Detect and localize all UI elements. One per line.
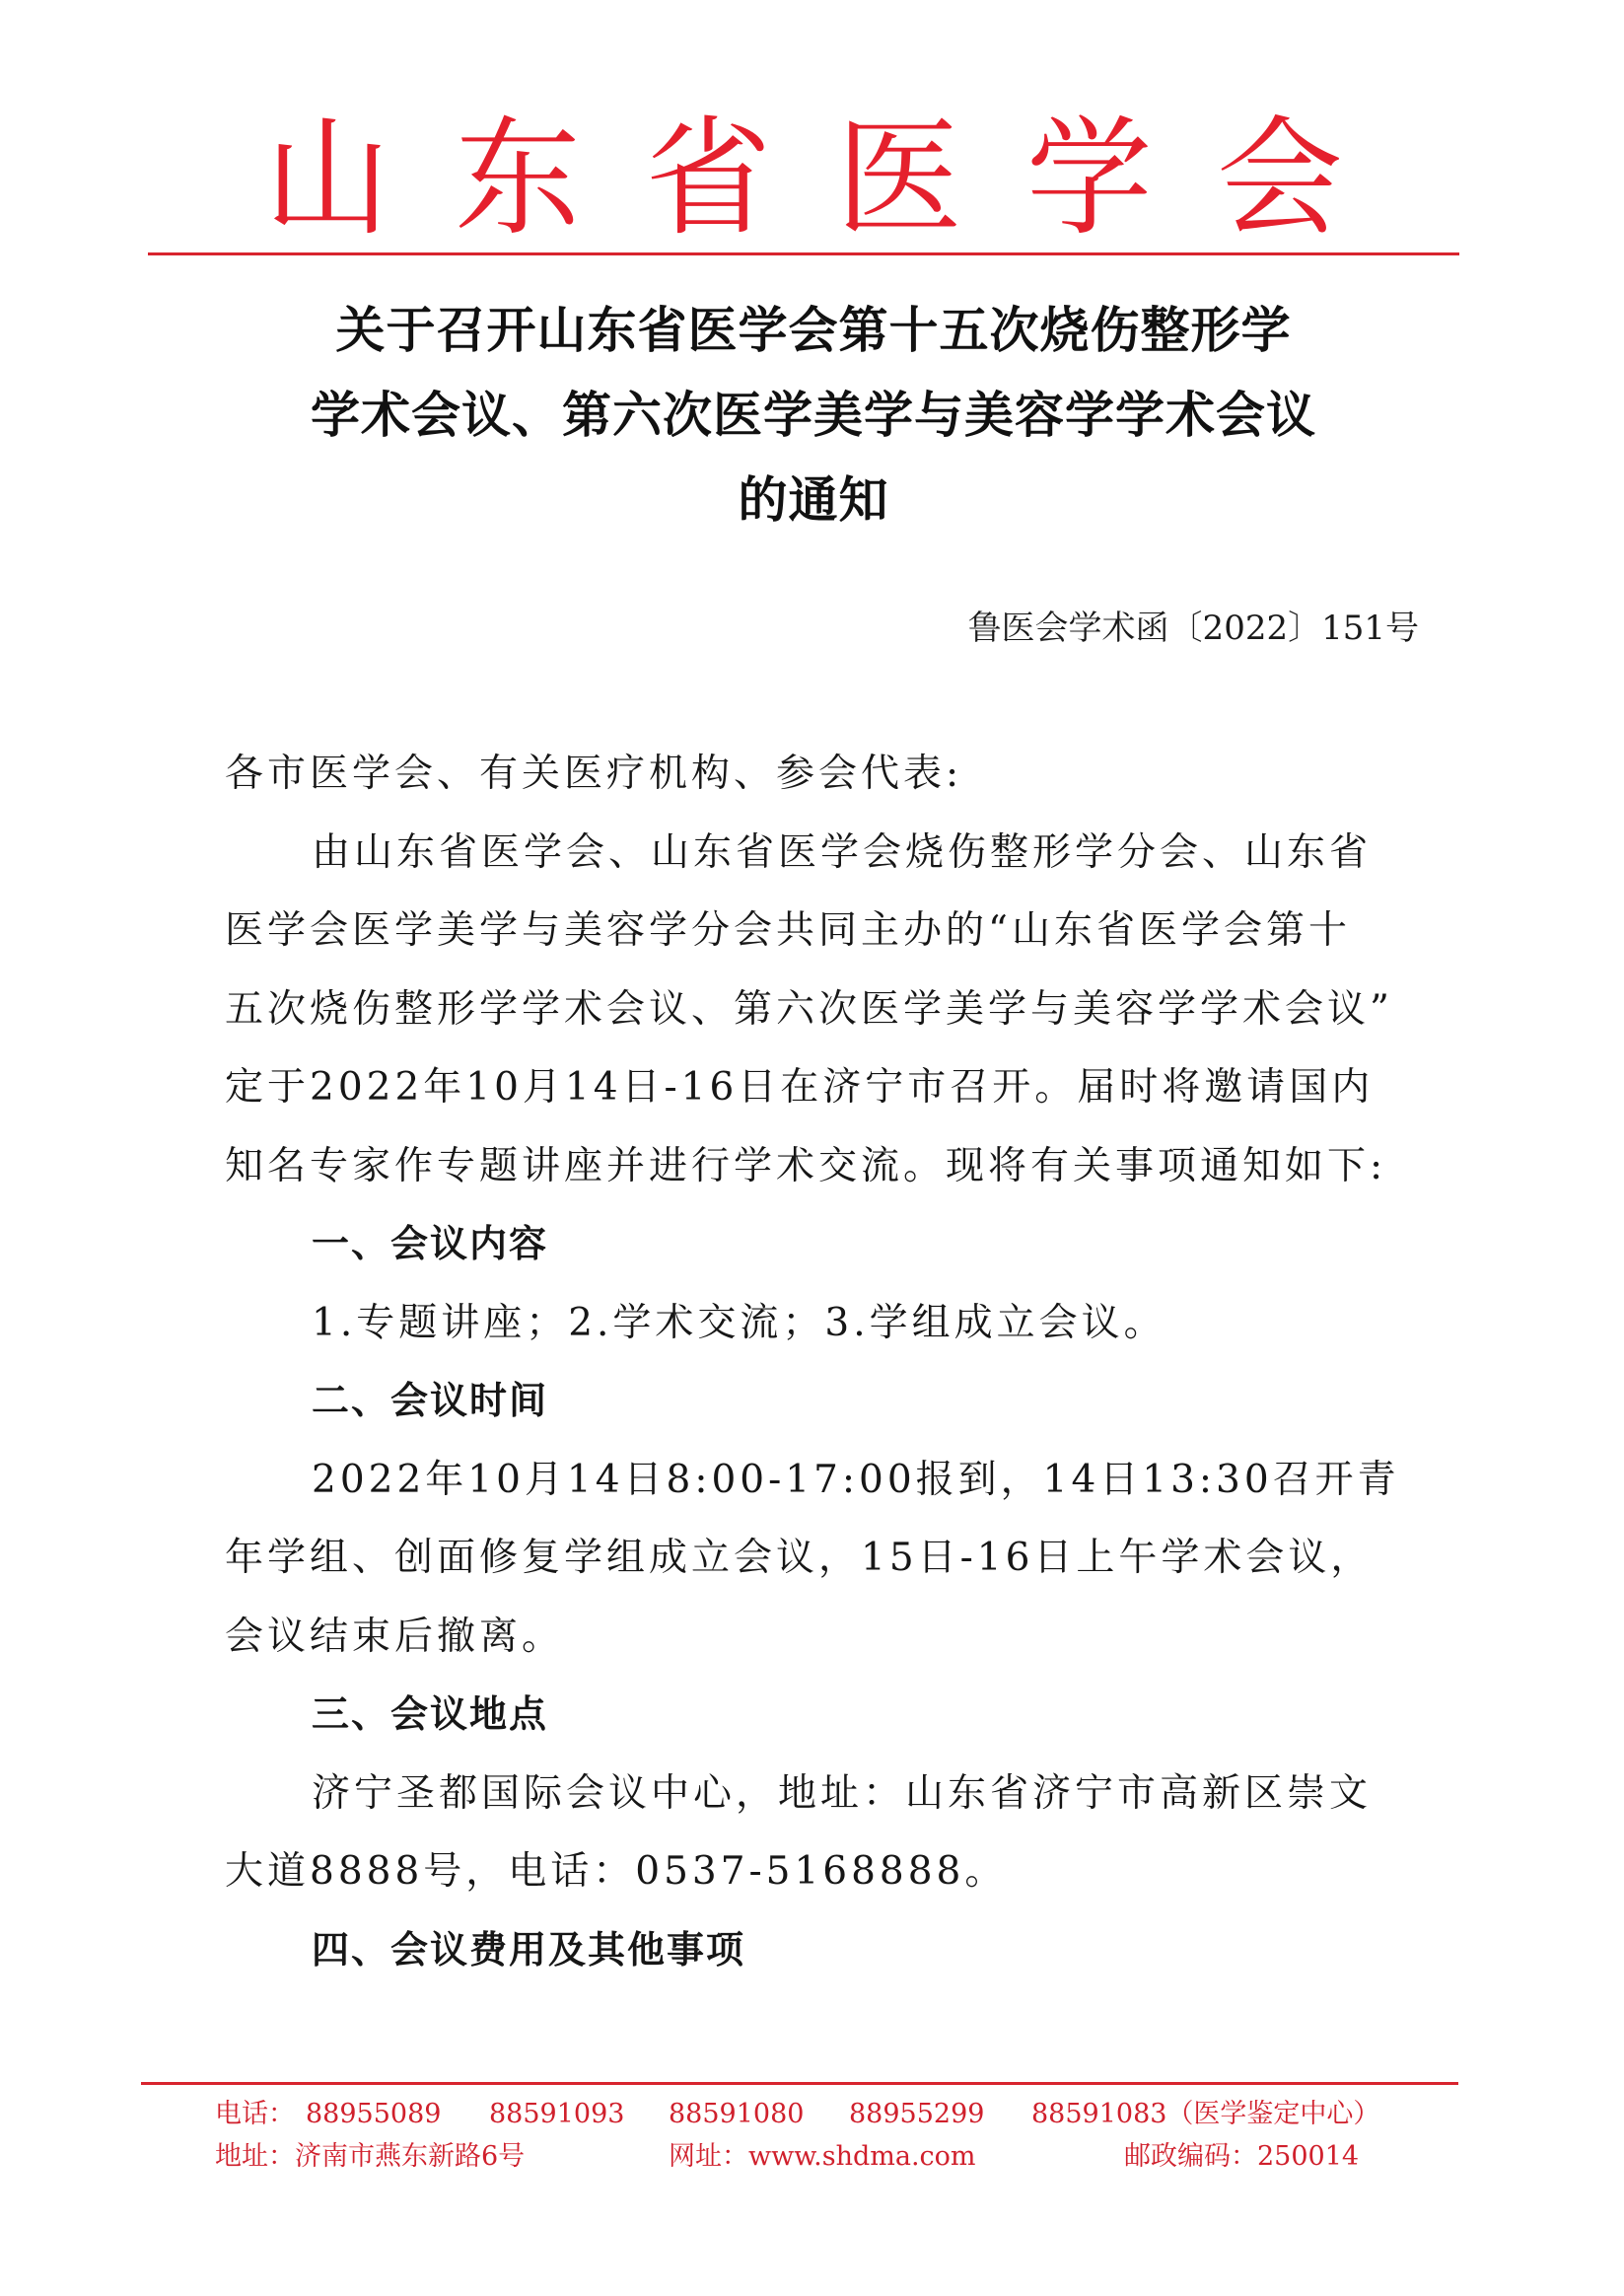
letterhead-char: 医 — [836, 109, 962, 251]
paragraph-line: 定于2022年10月14日-16日在济宁市召开。届时将邀请国内 — [225, 1048, 1424, 1127]
intro-paragraph: 由山东省医学会、山东省医学会烧伤整形学分会、山东省 医学会医学美学与美容学分会共… — [225, 814, 1424, 1206]
footer-phone: 88591093 — [489, 2093, 624, 2135]
footer-phone-row: 电话： 88955089 88591093 88591080 88955299 … — [215, 2093, 1438, 2135]
letterhead-char: 会 — [1217, 109, 1343, 251]
paragraph-line: 医学会医学美学与美容学分会共同主办的“山东省医学会第十 — [225, 892, 1424, 970]
section-time-paragraph: 2022年10月14日8:00-17:00报到，14日13:30召开青 年学组、… — [225, 1441, 1424, 1677]
footer-website: 网址：www.shdma.com — [669, 2135, 976, 2178]
paragraph-line: 1.专题讲座；2.学术交流；3.学组成立会议。 — [225, 1284, 1424, 1363]
document-number: 鲁医会学术函〔2022〕151号 — [968, 604, 1419, 653]
letterhead-char: 省 — [645, 109, 771, 251]
footer-phone: 88955089 — [306, 2093, 441, 2135]
document-page: 山 东 省 医 学 会 关于召开山东省医学会第十五次烧伤整形学 学术会议、第六次… — [0, 0, 1624, 2296]
footer-postcode: 邮政编码：250014 — [1124, 2135, 1359, 2178]
paragraph-line: 由山东省医学会、山东省医学会烧伤整形学分会、山东省 — [225, 814, 1424, 893]
paragraph-line: 济宁圣都国际会议中心，地址：山东省济宁市高新区崇文 — [225, 1755, 1424, 1833]
paragraph-line: 年学组、创面修复学组成立会议，15日-16日上午学术会议， — [225, 1519, 1424, 1598]
paragraph-line: 五次烧伤整形学学术会议、第六次医学美学与美容学学术会议” — [225, 970, 1424, 1049]
footer-phone: 88955299 — [849, 2093, 984, 2135]
paragraph-line: 知名专家作专题讲座并进行学术交流。现将有关事项通知如下: — [225, 1127, 1424, 1206]
section-heading-fees: 四、会议费用及其他事项 — [225, 1911, 1424, 1990]
paragraph-line: 2022年10月14日8:00-17:00报到，14日13:30召开青 — [225, 1441, 1424, 1520]
title-line: 关于召开山东省医学会第十五次烧伤整形学 — [197, 288, 1430, 373]
footer-address: 地址：济南市燕东新路6号 — [215, 2135, 525, 2178]
letterhead-org-name: 山 东 省 医 学 会 — [148, 110, 1459, 249]
salutation-text: 各市医学会、有关医疗机构、参会代表: — [225, 735, 1424, 814]
salutation: 各市医学会、有关医疗机构、参会代表: — [225, 735, 1424, 814]
letterhead-char: 山 — [264, 109, 390, 251]
section-venue-paragraph: 济宁圣都国际会议中心，地址：山东省济宁市高新区崇文 大道8888号，电话：053… — [225, 1755, 1424, 1911]
footer-phone: 88591083（医学鉴定中心） — [1031, 2093, 1379, 2135]
paragraph-line: 会议结束后撤离。 — [225, 1598, 1424, 1677]
footer-phone-label: 电话： — [215, 2093, 295, 2135]
section-content-paragraph: 1.专题讲座；2.学术交流；3.学组成立会议。 — [225, 1284, 1424, 1363]
title-line: 的通知 — [197, 458, 1430, 542]
letterhead-char: 学 — [1026, 109, 1153, 251]
footer-divider — [141, 2082, 1458, 2085]
letterhead-char: 东 — [455, 109, 581, 251]
title-line: 学术会议、第六次医学美学与美容学学术会议 — [197, 373, 1430, 458]
document-title: 关于召开山东省医学会第十五次烧伤整形学 学术会议、第六次医学美学与美容学学术会议… — [197, 288, 1430, 542]
section-heading-venue: 三、会议地点 — [225, 1676, 1424, 1755]
section-heading-content: 一、会议内容 — [225, 1205, 1424, 1284]
section-heading-time: 二、会议时间 — [225, 1362, 1424, 1441]
letterhead-divider — [148, 252, 1459, 255]
letterhead-footer: 电话： 88955089 88591093 88591080 88955299 … — [215, 2093, 1438, 2178]
document-body: 各市医学会、有关医疗机构、参会代表: 由山东省医学会、山东省医学会烧伤整形学分会… — [225, 735, 1424, 1989]
footer-address-row: 地址：济南市燕东新路6号 网址：www.shdma.com 邮政编码：25001… — [215, 2135, 1438, 2178]
paragraph-line: 大道8888号，电话：0537-5168888。 — [225, 1832, 1424, 1911]
footer-phone: 88591080 — [669, 2093, 804, 2135]
